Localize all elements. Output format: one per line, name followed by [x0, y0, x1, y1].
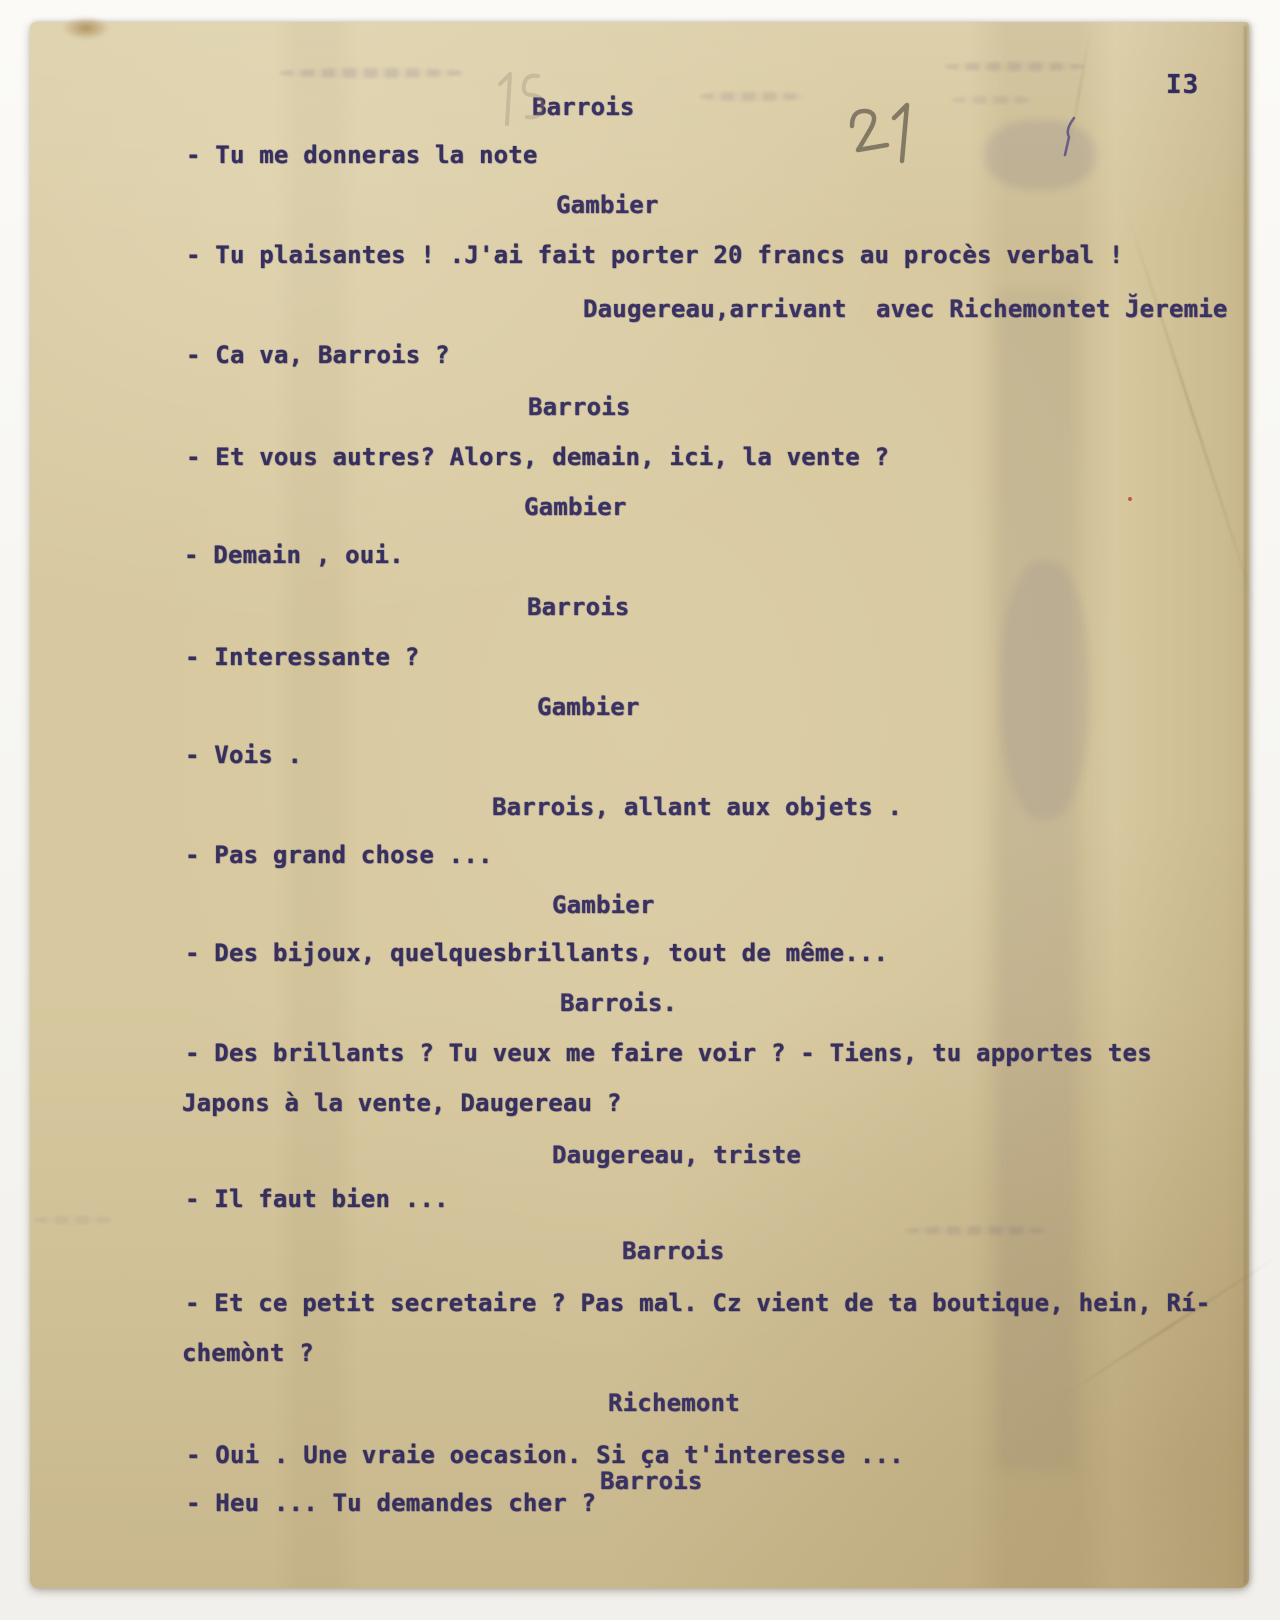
speaker-heading: Richemont [608, 1388, 740, 1418]
scanned-typescript-screenshot: { "page": { "number": "I3", "annotations… [0, 0, 1280, 1620]
dialogue-line: - Il faut bien ... [185, 1184, 449, 1214]
speaker-heading: Barrois. [560, 988, 677, 1018]
dialogue-line: - Interessante ? [185, 642, 419, 672]
dialogue-line: - Des bijoux, quelquesbrillants, tout de… [185, 938, 888, 968]
stage-direction: Daugereau, triste [552, 1140, 801, 1170]
ink-smudge [905, 1226, 1045, 1235]
speaker-heading: Gambier [524, 492, 627, 522]
dialogue-line: - Tu me donneras la note [186, 140, 538, 170]
ink-smudge [34, 1216, 114, 1224]
ink-smudge [945, 62, 1085, 71]
dialogue-line: - Pas grand chose ... [185, 840, 493, 870]
dialogue-line: - Des brillants ? Tu veux me faire voir … [185, 1038, 1152, 1068]
speaker-heading: Barrois [622, 1236, 725, 1266]
ink-mark [1050, 112, 1086, 164]
pencil-annotation-21 [838, 96, 928, 171]
stage-direction: Barrois, allant aux objets . [492, 792, 902, 822]
speaker-heading: Gambier [552, 890, 655, 920]
red-speck [1128, 497, 1132, 501]
speaker-heading: Barrois [528, 392, 631, 422]
dialogue-line: - Oui . Une vraie oecasion. Si ça t'inte… [186, 1440, 904, 1470]
paper-right-edge [1244, 26, 1247, 1584]
ink-smudge [700, 92, 805, 101]
dialogue-line: - Tu plaisantes ! .J'ai fait porter 20 f… [186, 240, 1124, 270]
speaker-heading: Gambier [537, 692, 640, 722]
dialogue-line: - Heu ... Tu demandes cher ? [186, 1488, 596, 1518]
ink-smudge [280, 68, 465, 78]
dialogue-line: - Demain , oui. [184, 540, 404, 570]
speaker-heading: Barrois [527, 592, 630, 622]
stage-direction: Daugereau,arrivant avec Richemontet J̆er… [583, 294, 1228, 324]
page-number: I3 [1166, 70, 1199, 100]
dialogue-line: - Et ce petit secretaire ? Pas mal. Cz v… [185, 1288, 1210, 1318]
dialogue-line: chemònt ? [182, 1338, 314, 1368]
pencil-smudge [1000, 560, 1090, 820]
paper-stain [62, 16, 110, 40]
dialogue-line: - Et vous autres? Alors, demain, ici, la… [186, 442, 889, 472]
ink-smudge [952, 96, 1034, 104]
dialogue-line: Japons à la vente, Daugereau ? [182, 1088, 621, 1118]
dialogue-line: - Ca va, Barrois ? [186, 340, 450, 370]
speaker-heading: Barrois [600, 1466, 703, 1496]
speaker-heading: Gambier [556, 190, 659, 220]
pencil-annotation-15 [486, 66, 570, 138]
dialogue-line: - Vois . [185, 740, 302, 770]
